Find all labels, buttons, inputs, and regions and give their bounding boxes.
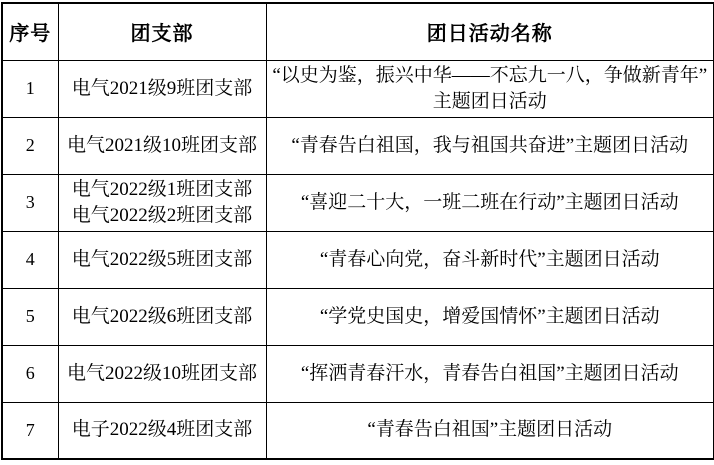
row-number: 2 xyxy=(2,117,58,174)
header-cell-activity: 团日活动名称 xyxy=(266,3,714,60)
table-row: 3 电气2022级1班团支部 电气2022级2班团支部 “喜迎二十大，一班二班在… xyxy=(2,174,714,231)
table-row: 4 电气2022级5班团支部 “青春心向党，奋斗新时代”主题团日活动 xyxy=(2,231,714,288)
row-number: 1 xyxy=(2,60,58,117)
row-number: 3 xyxy=(2,174,58,231)
header-row: 序号 团支部 团日活动名称 xyxy=(2,3,714,60)
branch-cell: 电气2022级1班团支部 电气2022级2班团支部 xyxy=(58,174,266,231)
table-row: 6 电气2022级10班团支部 “挥洒青春汗水，青春告白祖国”主题团日活动 xyxy=(2,345,714,402)
activity-cell: “青春告白祖国”主题团日活动 xyxy=(266,402,714,459)
row-number: 7 xyxy=(2,402,58,459)
activity-cell: “学党史国史，增爱国情怀”主题团日活动 xyxy=(266,288,714,345)
branch-cell: 电气2022级6班团支部 xyxy=(58,288,266,345)
activity-cell: “以史为鉴，振兴中华——不忘九一八，争做新青年”主题团日活动 xyxy=(266,60,714,117)
activity-table: 序号 团支部 团日活动名称 1 电气2021级9班团支部 “以史为鉴，振兴中华—… xyxy=(1,2,714,460)
row-number: 5 xyxy=(2,288,58,345)
table-row: 5 电气2022级6班团支部 “学党史国史，增爱国情怀”主题团日活动 xyxy=(2,288,714,345)
branch-cell: 电气2022级5班团支部 xyxy=(58,231,266,288)
row-number: 4 xyxy=(2,231,58,288)
branch-cell: 电气2021级9班团支部 xyxy=(58,60,266,117)
row-number: 6 xyxy=(2,345,58,402)
branch-cell: 电气2021级10班团支部 xyxy=(58,117,266,174)
header-cell-branch: 团支部 xyxy=(58,3,266,60)
branch-cell: 电气2022级10班团支部 xyxy=(58,345,266,402)
header-cell-no: 序号 xyxy=(2,3,58,60)
activity-cell: “喜迎二十大，一班二班在行动”主题团日活动 xyxy=(266,174,714,231)
table-row: 2 电气2021级10班团支部 “青春告白祖国，我与祖国共奋进”主题团日活动 xyxy=(2,117,714,174)
document-page: 序号 团支部 团日活动名称 1 电气2021级9班团支部 “以史为鉴，振兴中华—… xyxy=(0,0,714,465)
table-row: 1 电气2021级9班团支部 “以史为鉴，振兴中华——不忘九一八，争做新青年”主… xyxy=(2,60,714,117)
table-row: 7 电子2022级4班团支部 “青春告白祖国”主题团日活动 xyxy=(2,402,714,459)
activity-cell: “青春告白祖国，我与祖国共奋进”主题团日活动 xyxy=(266,117,714,174)
activity-cell: “挥洒青春汗水，青春告白祖国”主题团日活动 xyxy=(266,345,714,402)
activity-cell: “青春心向党，奋斗新时代”主题团日活动 xyxy=(266,231,714,288)
branch-cell: 电子2022级4班团支部 xyxy=(58,402,266,459)
